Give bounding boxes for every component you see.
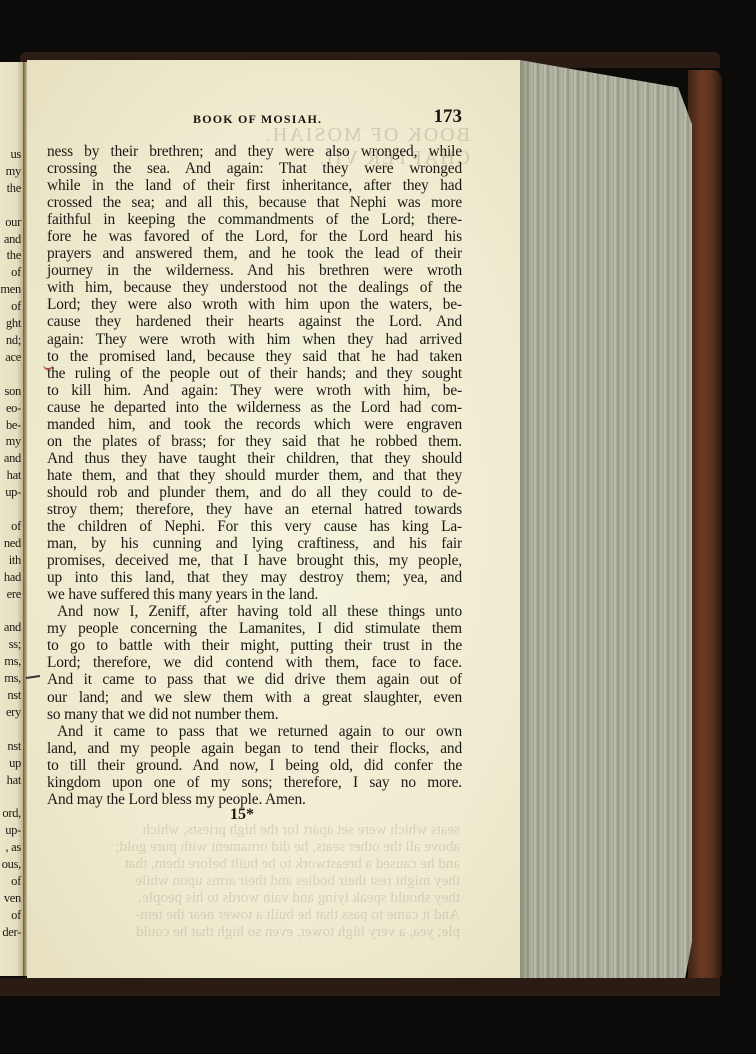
text-line: journey in the wilderness. And his breth… [47, 262, 462, 279]
text-line: Lord; they were also wroth with him upon… [47, 296, 462, 313]
text-line: ness by their brethren; and they were al… [47, 143, 462, 160]
text-line: faithful in keeping the commandments of … [47, 211, 462, 228]
text-line: fore he was favored of the Lord, for the… [47, 228, 462, 245]
text-line: kingdom upon one of my sons; therefore, … [47, 774, 462, 791]
text-line: on the plates of brass; for they said th… [47, 433, 462, 450]
text-line: my people concerning the Lamanites, I di… [47, 620, 462, 637]
text-line: cause he departed into the wilderness as… [47, 399, 462, 416]
text-line: man, by his cunning and lying craftiness… [47, 535, 462, 552]
text-line: so many that we did not number them. [47, 706, 462, 723]
left-page-text-fragments: us my the our and the of men of ght nd; … [0, 146, 21, 941]
page-body-text: ness by their brethren; and they were al… [47, 143, 462, 808]
text-line: our land; and we slew them with a great … [47, 689, 462, 706]
text-line: should rob and plunder them, and do all … [47, 484, 462, 501]
running-head: BOOK OF MOSIAH. [193, 112, 322, 127]
text-line: And it came to pass that we did drive th… [47, 671, 462, 688]
text-line: And now I, Zeniff, after having told all… [47, 603, 462, 620]
page-block-edges [520, 60, 692, 978]
text-line: the children of Nephi. For this very cau… [47, 518, 462, 535]
page-number: 173 [434, 106, 463, 128]
page-edge-shadow [520, 60, 530, 978]
text-line: hate them, and that they should murder t… [47, 467, 462, 484]
text-line: And thus they have taught their children… [47, 450, 462, 467]
text-line: with him, because they understood not th… [47, 279, 462, 296]
text-line: And it came to pass that we returned aga… [47, 723, 462, 740]
book-cover-bottom [0, 978, 720, 996]
text-line: to till their ground. And now, I being o… [47, 757, 462, 774]
text-line: manded him, and took the records which w… [47, 416, 462, 433]
show-through-text: seats which were set apart for the high … [50, 822, 460, 942]
text-line: to kill him. And again: They were wroth … [47, 382, 462, 399]
text-line: stroy them; therefore, they have an eter… [47, 501, 462, 518]
text-line: again: They were wroth with him when the… [47, 331, 462, 348]
text-line: while in the land of their first inherit… [47, 177, 462, 194]
text-line: land, and my people again began to tend … [47, 740, 462, 757]
text-line: promises, deceived me, that I have broug… [47, 552, 462, 569]
text-line: to the promised land, because they said … [47, 348, 462, 365]
text-line: Lord; therefore, we did contend with the… [47, 654, 462, 671]
book-cover-spine-edge [688, 70, 722, 982]
page-header: BOOK OF MOSIAH. 173 [48, 108, 462, 128]
text-line: crossing the sea. And again: That they w… [47, 160, 462, 177]
text-line: we have suffered this many years in the … [47, 586, 462, 603]
text-line: cause they hardened their hearts against… [47, 313, 462, 330]
left-page-edge: us my the our and the of men of ght nd; … [0, 62, 24, 976]
text-line: the ruling of the people out of their ha… [47, 365, 462, 382]
text-line: up into this land, that they may destroy… [47, 569, 462, 586]
text-line: crossed the sea; and all this, because t… [47, 194, 462, 211]
text-line: to go to battle with their might, puttin… [47, 637, 462, 654]
text-line: And may the Lord bless my people. Amen. [47, 791, 462, 808]
text-line: prayers and answered them, and he took t… [47, 245, 462, 262]
